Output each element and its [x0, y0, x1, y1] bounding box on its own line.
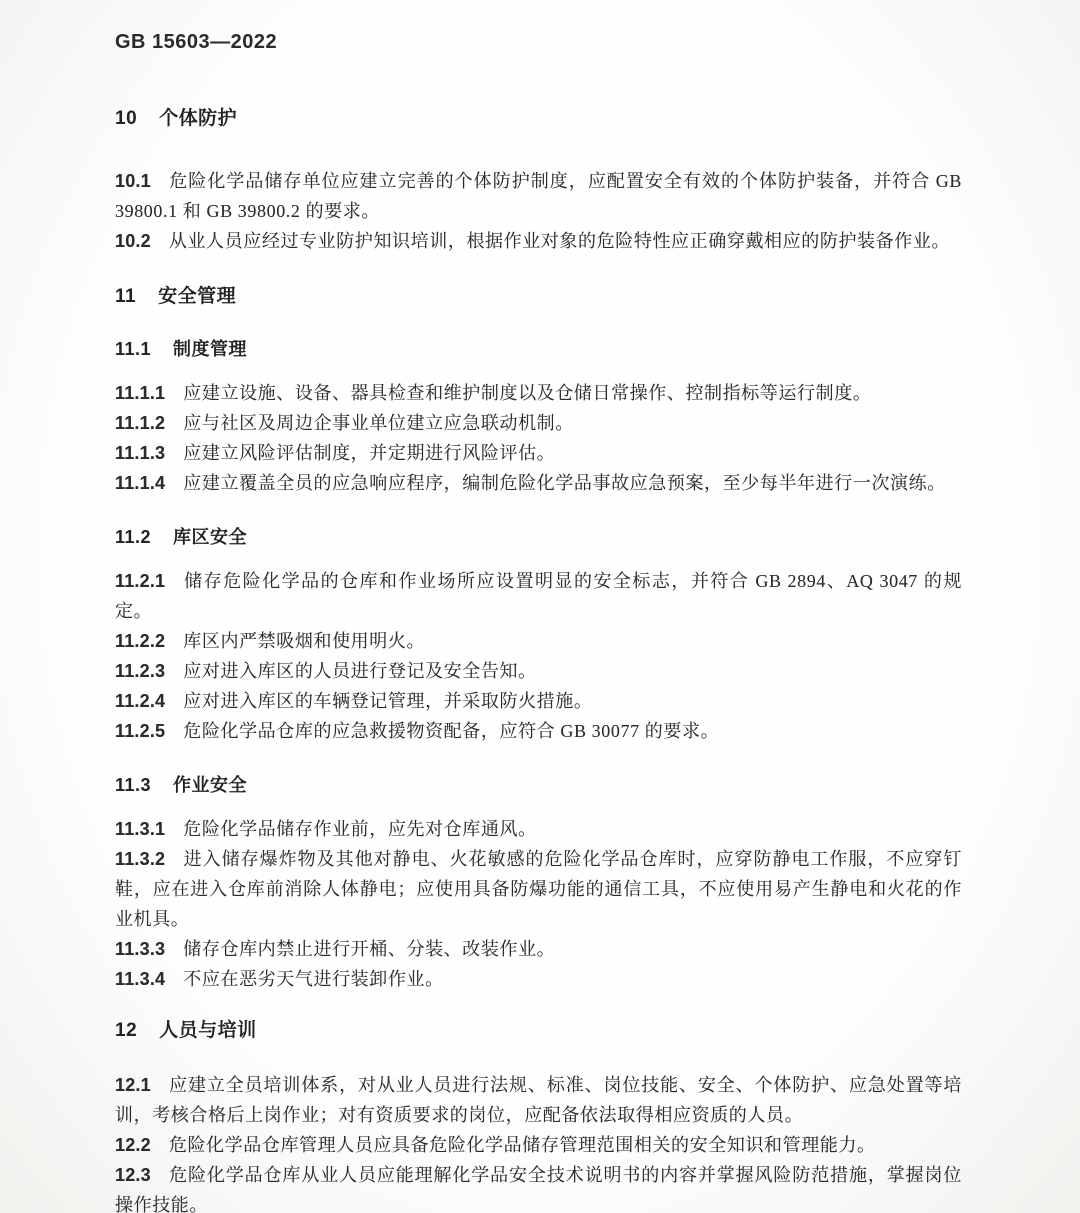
- section-12-title: 人员与培训: [159, 1020, 257, 1041]
- clause-11-2-1: 11.2.1储存危险化学品的仓库和作业场所应设置明显的安全标志，并符合 GB 2…: [115, 566, 962, 626]
- document-page: GB 15603—2022 10个体防护 10.1危险化学品储存单位应建立完善的…: [0, 0, 1080, 1213]
- subsection-11-1-heading: 11.1制度管理: [115, 336, 962, 362]
- clause-11-3-1: 11.3.1危险化学品储存作业前，应先对仓库通风。: [115, 814, 962, 844]
- clause-11-2-5-number: 11.2.5: [115, 721, 165, 741]
- clause-11-2-2-text: 库区内严禁吸烟和使用明火。: [183, 631, 425, 651]
- clause-11-1-3: 11.1.3应建立风险评估制度，并定期进行风险评估。: [115, 438, 962, 468]
- clause-11-2-2: 11.2.2库区内严禁吸烟和使用明火。: [115, 626, 962, 656]
- clause-11-2-1-text: 储存危险化学品的仓库和作业场所应设置明显的安全标志，并符合 GB 2894、AQ…: [115, 571, 962, 621]
- clause-11-1-1: 11.1.1应建立设施、设备、器具检查和维护制度以及仓储日常操作、控制指标等运行…: [115, 378, 962, 408]
- clause-12-2-number: 12.2: [115, 1135, 151, 1155]
- clause-12-3: 12.3危险化学品仓库从业人员应能理解化学品安全技术说明书的内容并掌握风险防范措…: [115, 1160, 962, 1213]
- clause-11-1-4-number: 11.1.4: [115, 473, 165, 493]
- section-10-number: 10: [115, 108, 137, 129]
- clause-12-2-text: 危险化学品仓库管理人员应具备危险化学品储存管理范围相关的安全知识和管理能力。: [169, 1135, 876, 1155]
- clause-10-2-text: 从业人员应经过专业防护知识培训，根据作业对象的危险特性应正确穿戴相应的防护装备作…: [169, 231, 950, 251]
- standard-number: GB 15603—2022: [115, 30, 962, 54]
- clause-11-2-3-text: 应对进入库区的人员进行登记及安全告知。: [183, 661, 536, 681]
- clause-11-2-3: 11.2.3应对进入库区的人员进行登记及安全告知。: [115, 656, 962, 686]
- clause-12-2: 12.2危险化学品仓库管理人员应具备危险化学品储存管理范围相关的安全知识和管理能…: [115, 1130, 962, 1160]
- clause-12-1-text: 应建立全员培训体系，对从业人员进行法规、标准、岗位技能、安全、个体防护、应急处置…: [115, 1075, 962, 1125]
- subsection-11-1-title: 制度管理: [173, 339, 247, 359]
- clause-11-2-3-number: 11.2.3: [115, 661, 165, 681]
- clause-11-2-4-text: 应对进入库区的车辆登记管理，并采取防火措施。: [183, 691, 592, 711]
- section-12-heading: 12人员与培训: [115, 1018, 962, 1044]
- clause-11-1-3-number: 11.1.3: [115, 443, 165, 463]
- section-11-heading: 11安全管理: [115, 284, 962, 310]
- clause-11-3-2-number: 11.3.2: [115, 849, 165, 869]
- section-12-number: 12: [115, 1020, 137, 1041]
- subsection-11-2-number: 11.2: [115, 527, 151, 547]
- clause-10-1: 10.1危险化学品储存单位应建立完善的个体防护制度，应配置安全有效的个体防护装备…: [115, 166, 962, 226]
- clause-12-1: 12.1应建立全员培训体系，对从业人员进行法规、标准、岗位技能、安全、个体防护、…: [115, 1070, 962, 1130]
- clause-10-1-number: 10.1: [115, 171, 151, 191]
- subsection-11-2-title: 库区安全: [173, 527, 247, 547]
- clause-11-3-3-number: 11.3.3: [115, 939, 165, 959]
- clause-12-1-number: 12.1: [115, 1075, 151, 1095]
- clause-12-3-number: 12.3: [115, 1165, 151, 1185]
- clause-11-1-3-text: 应建立风险评估制度，并定期进行风险评估。: [183, 443, 555, 463]
- clause-11-3-3-text: 储存仓库内禁止进行开桶、分装、改装作业。: [183, 939, 555, 959]
- clause-11-1-1-text: 应建立设施、设备、器具检查和维护制度以及仓储日常操作、控制指标等运行制度。: [183, 383, 871, 403]
- clause-10-1-text: 危险化学品储存单位应建立完善的个体防护制度，应配置安全有效的个体防护装备，并符合…: [115, 171, 962, 221]
- subsection-11-3-number: 11.3: [115, 775, 151, 795]
- clause-12-3-text: 危险化学品仓库从业人员应能理解化学品安全技术说明书的内容并掌握风险防范措施，掌握…: [115, 1165, 962, 1213]
- clause-11-3-3: 11.3.3储存仓库内禁止进行开桶、分装、改装作业。: [115, 934, 962, 964]
- clause-11-3-4-text: 不应在恶劣天气进行装卸作业。: [183, 969, 443, 989]
- clause-11-1-4: 11.1.4应建立覆盖全员的应急响应程序，编制危险化学品事故应急预案，至少每半年…: [115, 468, 962, 498]
- subsection-11-1-number: 11.1: [115, 339, 151, 359]
- section-10-title: 个体防护: [159, 108, 237, 129]
- section-11-number: 11: [115, 286, 136, 307]
- section-10-heading: 10个体防护: [115, 106, 962, 132]
- clause-10-2-number: 10.2: [115, 231, 151, 251]
- clause-11-1-2-number: 11.1.2: [115, 413, 165, 433]
- clause-11-2-5: 11.2.5危险化学品仓库的应急救援物资配备，应符合 GB 30077 的要求。: [115, 716, 962, 746]
- clause-11-1-4-text: 应建立覆盖全员的应急响应程序，编制危险化学品事故应急预案，至少每半年进行一次演练…: [183, 473, 946, 493]
- clause-11-3-4: 11.3.4不应在恶劣天气进行装卸作业。: [115, 964, 962, 994]
- subsection-11-3-heading: 11.3作业安全: [115, 772, 962, 798]
- section-11-title: 安全管理: [158, 286, 236, 307]
- clause-11-2-2-number: 11.2.2: [115, 631, 165, 651]
- clause-11-1-2-text: 应与社区及周边企事业单位建立应急联动机制。: [183, 413, 574, 433]
- clause-11-2-5-text: 危险化学品仓库的应急救援物资配备，应符合 GB 30077 的要求。: [183, 721, 719, 741]
- clause-11-2-1-number: 11.2.1: [115, 571, 165, 591]
- clause-11-1-2: 11.1.2应与社区及周边企事业单位建立应急联动机制。: [115, 408, 962, 438]
- clause-11-2-4: 11.2.4应对进入库区的车辆登记管理，并采取防火措施。: [115, 686, 962, 716]
- clause-11-1-1-number: 11.1.1: [115, 383, 165, 403]
- clause-11-3-1-text: 危险化学品储存作业前，应先对仓库通风。: [183, 819, 536, 839]
- clause-11-3-1-number: 11.3.1: [115, 819, 165, 839]
- clause-11-2-4-number: 11.2.4: [115, 691, 165, 711]
- clause-11-3-2-text: 进入储存爆炸物及其他对静电、火花敏感的危险化学品仓库时，应穿防静电工作服，不应穿…: [115, 849, 962, 929]
- subsection-11-2-heading: 11.2库区安全: [115, 524, 962, 550]
- clause-10-2: 10.2从业人员应经过专业防护知识培训，根据作业对象的危险特性应正确穿戴相应的防…: [115, 226, 962, 256]
- subsection-11-3-title: 作业安全: [173, 775, 247, 795]
- clause-11-3-2: 11.3.2进入储存爆炸物及其他对静电、火花敏感的危险化学品仓库时，应穿防静电工…: [115, 844, 962, 934]
- clause-11-3-4-number: 11.3.4: [115, 969, 165, 989]
